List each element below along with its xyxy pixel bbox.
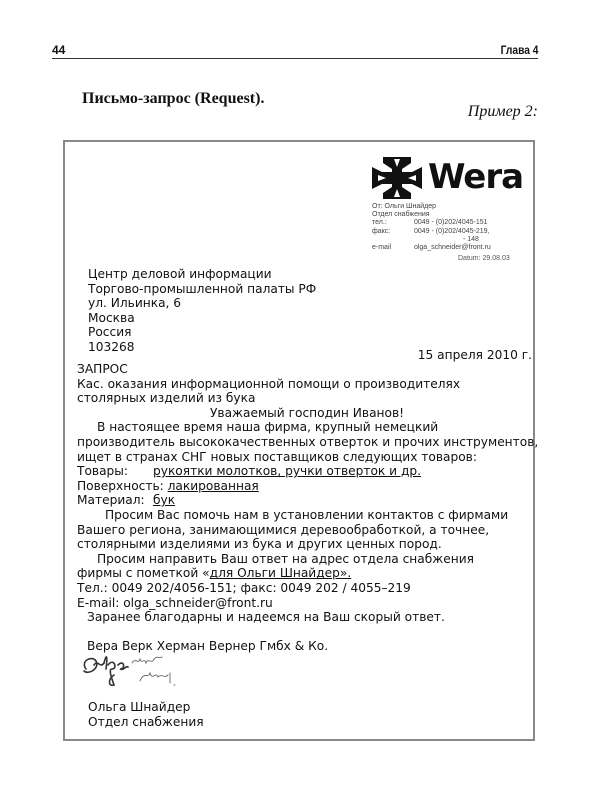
letter-body: ЗАПРОС Кас. оказания информационной помо… [77, 362, 538, 654]
signer-name: Ольга Шнайдер [88, 700, 204, 715]
recipient-address: Центр деловой информации Торгово-промышл… [88, 267, 316, 355]
letterhead-department: Отдел снабжения [372, 211, 491, 219]
letterhead-fax: факс: 0049 - (0)202/4045-219, [372, 228, 491, 236]
paragraph-line: фирмы с пометкой «для Ольги Шнайдер». [77, 566, 538, 581]
paragraph-line: В настоящее время наша фирма, крупный не… [77, 420, 538, 435]
surface-label: Поверхность: [77, 479, 164, 494]
paragraph-line: Просим Вас помочь нам в установлении кон… [77, 508, 538, 523]
address-line: ул. Ильинка, 6 [88, 296, 316, 311]
letter-heading: ЗАПРОС [77, 362, 538, 377]
address-line: Торгово-промышленной палаты РФ [88, 282, 316, 297]
fax-label: факс: [372, 228, 400, 236]
section-title: Письмо-запрос (Request). [82, 90, 264, 108]
running-head: 44 Глава 4 [52, 44, 538, 59]
surface-row: Поверхность: лакированная [77, 479, 538, 494]
example-label: Пример 2: [468, 103, 538, 121]
handwritten-signature-icon [78, 649, 198, 691]
address-line: Центр деловой информации [88, 267, 316, 282]
address-line: Россия [88, 325, 316, 340]
signature-block: Ольга Шнайдер Отдел снабжения [88, 700, 204, 729]
paragraph-line: ищет в странах СНГ новых поставщиков сле… [77, 450, 538, 465]
subject-line: Кас. оказания информационной помощи о пр… [77, 377, 538, 392]
contacts-phone: Тел.: 0049 202/4056-151; факс: 0049 202 … [77, 581, 538, 596]
mark-prefix: фирмы с пометкой « [77, 566, 210, 580]
page-number: 44 [52, 44, 65, 56]
mark-text: для Ольги Шнайдер». [210, 566, 352, 580]
goods-row: Товары:рукоятки молотков, ручки отверток… [77, 464, 538, 479]
material-value: бук [153, 493, 175, 507]
phone-value: 0049 - (0)202/4045-151 [402, 219, 488, 226]
closing: Заранее благодарны и надеемся на Ваш ско… [77, 610, 538, 625]
letterhead: Wera От: Ольги Шнайдер Отдел снабжения т… [372, 155, 537, 260]
paragraph-line: производитель высококачественных отверто… [77, 435, 538, 450]
letterhead-email: e-mail olga_schneider@front.ru [372, 244, 491, 252]
salutation: Уважаемый господин Иванов! [77, 406, 537, 421]
fax-extension: - 148 [372, 236, 491, 244]
letterhead-contacts: От: Ольги Шнайдер Отдел снабжения тел.: … [372, 203, 491, 252]
surface-value: лакированная [168, 479, 259, 493]
subject-line: столярных изделий из бука [77, 391, 538, 406]
goods-value: рукоятки молотков, ручки отверток и др. [153, 464, 421, 478]
email-label: e-mail [372, 244, 400, 252]
material-row: Материал:бук [77, 493, 538, 508]
letterhead-from: От: Ольги Шнайдер [372, 203, 491, 211]
address-line: Москва [88, 311, 316, 326]
paragraph-line: столярными изделиями из бука и других це… [77, 537, 538, 552]
letterhead-phone: тел.: 0049 - (0)202/4045-151 [372, 219, 491, 227]
address-line: 103268 [88, 340, 316, 355]
brand-name: Wera [428, 159, 523, 195]
signer-department: Отдел снабжения [88, 715, 204, 730]
phone-label: тел.: [372, 219, 400, 227]
letterhead-date: Datum: 29.08.03 [458, 255, 510, 262]
email-value: olga_schneider@front.ru [402, 244, 491, 251]
fax-value: 0049 - (0)202/4045-219, [402, 228, 490, 235]
chapter-title: Глава 4 [500, 44, 538, 56]
material-label: Материал: [77, 493, 153, 508]
letter-date: 15 апреля 2010 г. [418, 348, 532, 363]
goods-label: Товары: [77, 464, 153, 479]
paragraph-line: Вашего региона, занимающимися деревообра… [77, 523, 538, 538]
contacts-email: E-mail: olga_schneider@front.ru [77, 596, 538, 611]
paragraph-line: Просим направить Ваш ответ на адрес отде… [77, 552, 538, 567]
